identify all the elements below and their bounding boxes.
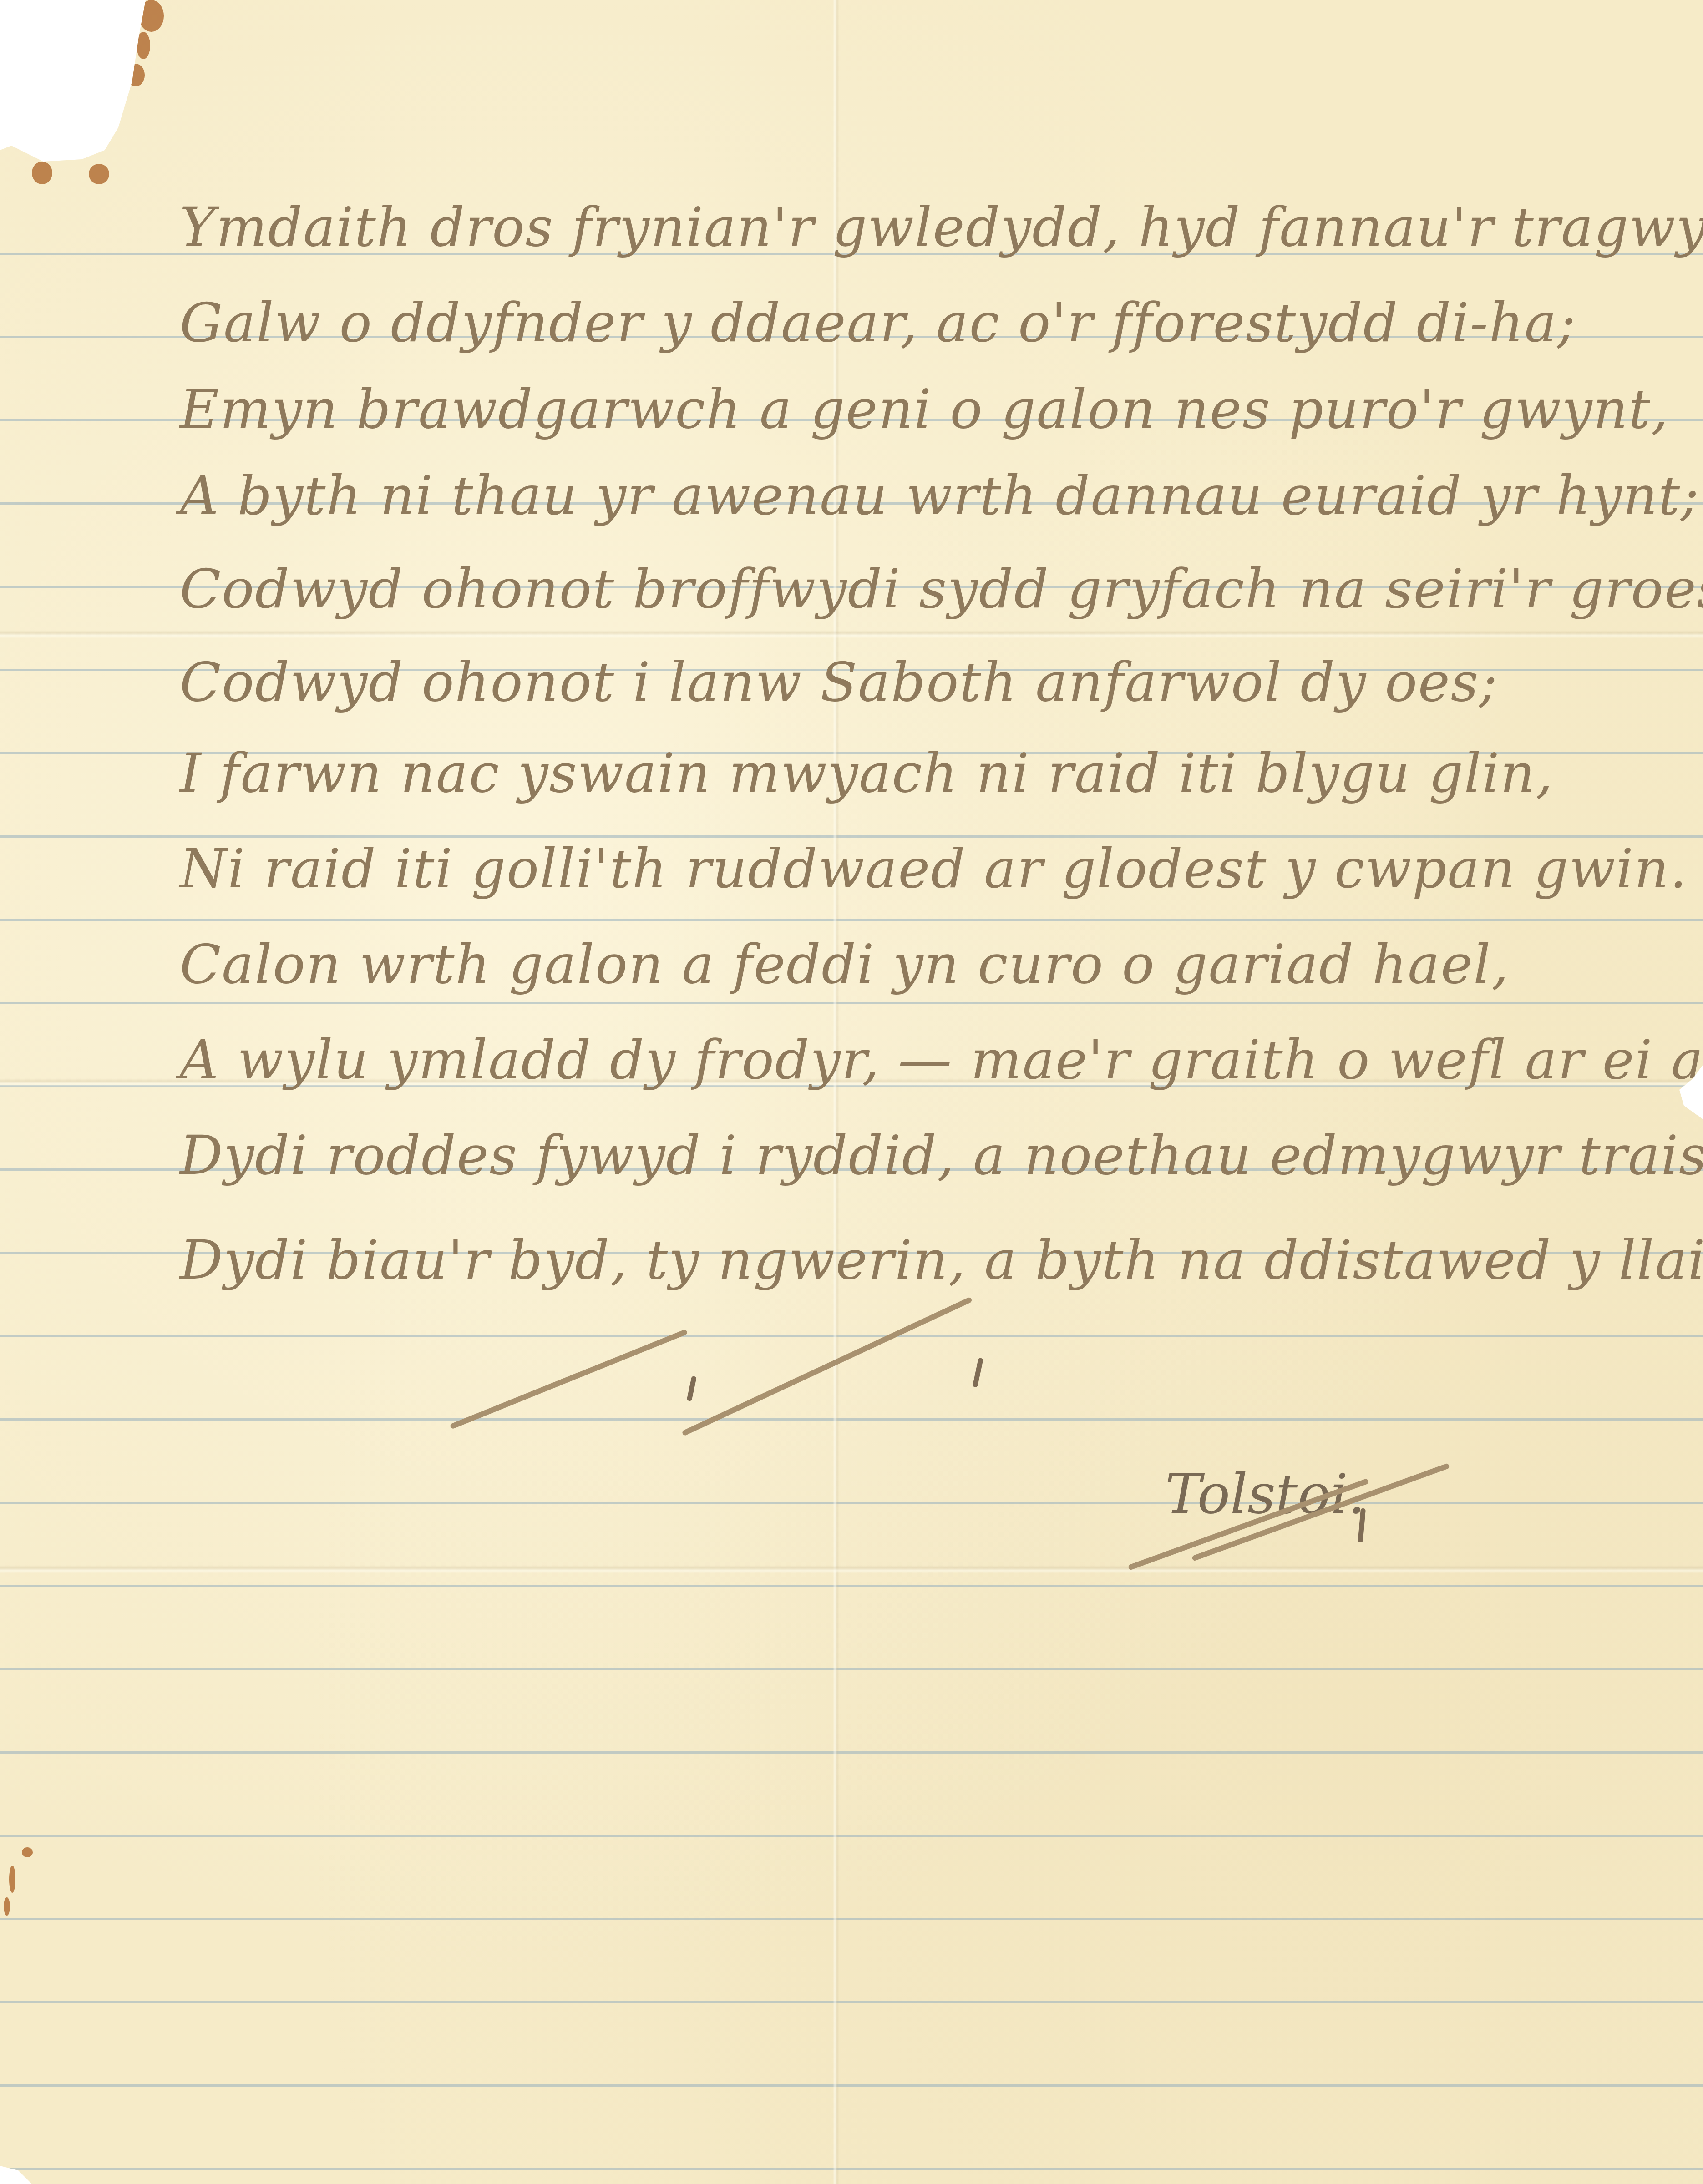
ruled-line (0, 1585, 1703, 1587)
ruled-line (0, 2168, 1703, 2170)
flourish-tick (973, 1358, 983, 1388)
rust-stain (22, 1847, 33, 1857)
ruled-line (0, 1835, 1703, 1837)
flourish-stroke (450, 1329, 688, 1430)
rust-stain (9, 1865, 15, 1893)
ruled-line (0, 1918, 1703, 1920)
ruled-line (0, 1335, 1703, 1337)
rust-stain (89, 164, 109, 184)
ruled-line (0, 1501, 1703, 1504)
ruled-line (0, 2084, 1703, 2087)
poem-line: I farwn nac yswain mwyach ni raid iti bl… (180, 746, 1554, 800)
rust-stain (32, 162, 52, 184)
poem-line: Dydi biau'r byd, ty ngwerin, a byth na d… (180, 1233, 1703, 1287)
horizontal-fold-crease (0, 630, 1703, 638)
rust-stain (127, 64, 145, 86)
rust-stain (139, 0, 164, 32)
rust-stain (4, 1897, 10, 1916)
rust-stain (137, 32, 150, 59)
poem-line: Ni raid iti golli'th ruddwaed ar glodest… (180, 842, 1688, 895)
ruled-line (0, 919, 1703, 921)
poem-line: Galw o ddyfnder y ddaear, ac o'r fforest… (180, 296, 1576, 349)
horizontal-fold-crease (0, 1565, 1703, 1573)
document-page: Ymdaith dros frynian'r gwledydd, hyd fan… (0, 0, 1703, 2184)
poem-line: Ymdaith dros frynian'r gwledydd, hyd fan… (180, 200, 1703, 254)
poem-line: Codwyd ohonot broffwydi sydd gryfach na … (180, 562, 1703, 616)
ruled-line (0, 1418, 1703, 1421)
ruled-line (0, 1002, 1703, 1004)
poem-line: Codwyd ohonot i lanw Saboth anfarwol dy … (180, 655, 1498, 709)
ruled-line (0, 1668, 1703, 1670)
poem-line: A wylu ymladd dy frodyr, — mae'r graith … (180, 1033, 1703, 1087)
ruled-line (0, 2001, 1703, 2003)
ruled-line (0, 1751, 1703, 1754)
poem-line: Emyn brawdgarwch a geni o galon nes puro… (180, 382, 1669, 436)
poem-line: Dydi roddes fywyd i ryddid, a noethau ed… (180, 1128, 1703, 1182)
lined-paper-sheet: Ymdaith dros frynian'r gwledydd, hyd fan… (0, 0, 1703, 2184)
flourish-stroke (681, 1297, 972, 1436)
poem-line: Calon wrth galon a feddi yn curo o garia… (180, 937, 1510, 991)
flourish-tick (687, 1376, 697, 1401)
poem-line: A byth ni thau yr awenau wrth dannau eur… (180, 469, 1700, 522)
